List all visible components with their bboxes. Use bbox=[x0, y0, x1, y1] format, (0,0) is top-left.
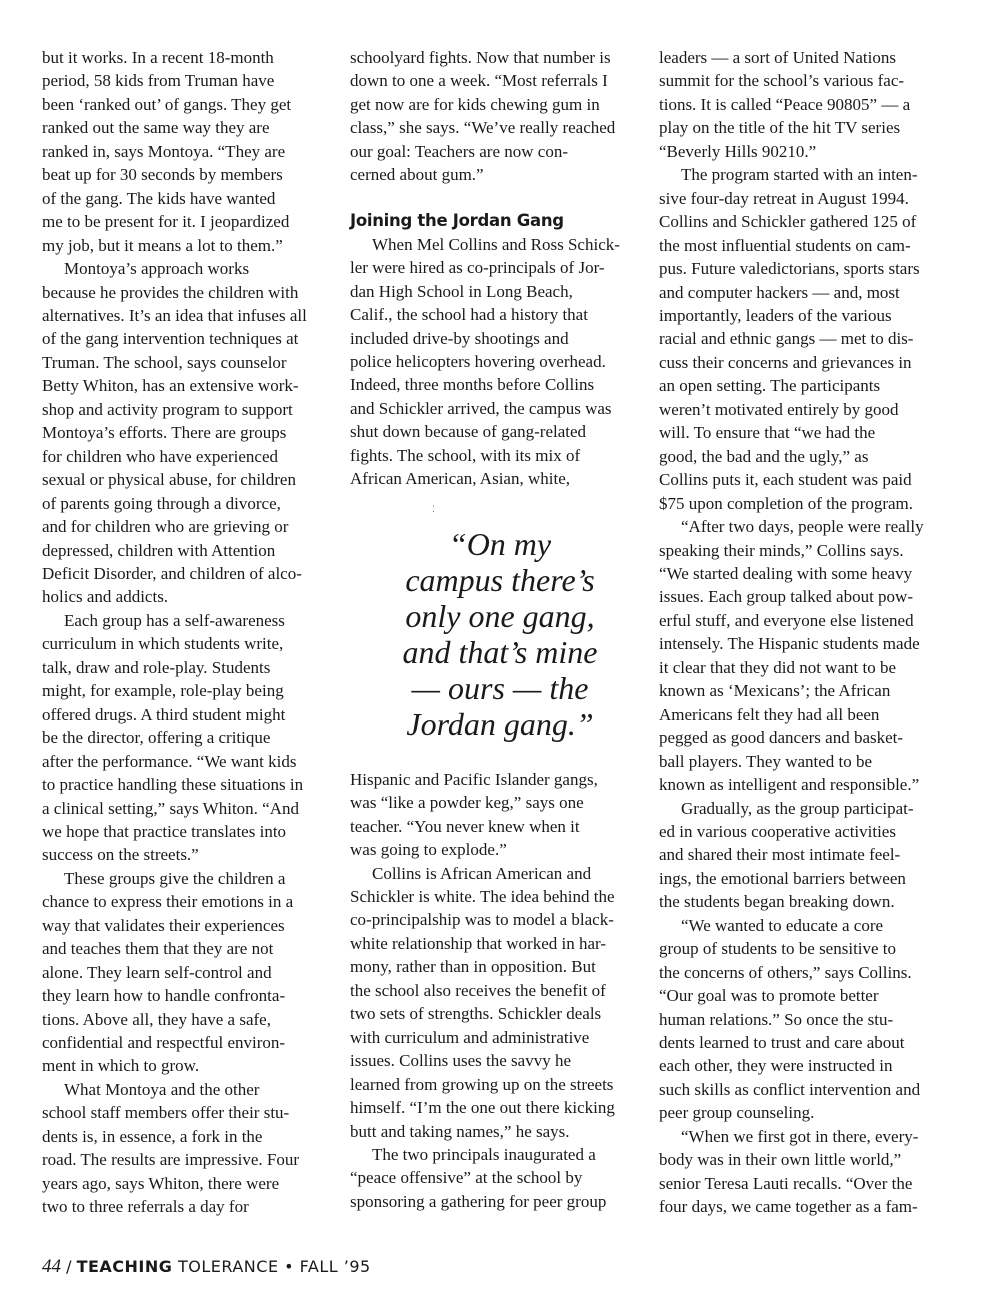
text-line: racial and ethnic gangs — met to dis- bbox=[659, 327, 959, 350]
text-line: known as ‘Mexicans’; the African bbox=[659, 679, 959, 702]
text-line: issues. Collins uses the savvy he bbox=[350, 1049, 650, 1072]
text-line: When Mel Collins and Ross Schick- bbox=[350, 233, 650, 256]
text-line: sexual or physical abuse, for children bbox=[42, 468, 342, 491]
text-line: Schickler is white. The idea behind the bbox=[350, 885, 650, 908]
text-line: Montoya’s efforts. There are groups bbox=[42, 421, 342, 444]
text-line: after the performance. “We want kids bbox=[42, 750, 342, 773]
text-line: teacher. “You never knew when it bbox=[350, 815, 650, 838]
text-line: “We wanted to educate a core bbox=[659, 914, 959, 937]
text-line: it clear that they did not want to be bbox=[659, 656, 959, 679]
text-line: alone. They learn self-control and bbox=[42, 961, 342, 984]
text-line: dents learned to trust and care about bbox=[659, 1031, 959, 1054]
text-line: sive four-day retreat in August 1994. bbox=[659, 187, 959, 210]
text-line: schoolyard fights. Now that number is bbox=[350, 46, 650, 69]
text-line: Truman. The school, says counselor bbox=[42, 351, 342, 374]
text-line: talk, draw and role-play. Students bbox=[42, 656, 342, 679]
text-line: Collins is African American and bbox=[350, 862, 650, 885]
text-line: road. The results are impressive. Four bbox=[42, 1148, 342, 1171]
text-line: “Our goal was to promote better bbox=[659, 984, 959, 1007]
text-line: ranked out the same way they are bbox=[42, 116, 342, 139]
text-line: pegged as good dancers and basket- bbox=[659, 726, 959, 749]
article-column-1: but it works. In a recent 18-monthperiod… bbox=[42, 46, 342, 1219]
text-line: ings, the emotional barriers between bbox=[659, 867, 959, 890]
text-line: cuss their concerns and grievances in bbox=[659, 351, 959, 374]
text-line: confidential and respectful environ- bbox=[42, 1031, 342, 1054]
text-line: fights. The school, with its mix of bbox=[350, 444, 650, 467]
text-line: “When we first got in there, every- bbox=[659, 1125, 959, 1148]
page-footer: 44 / TEACHING TOLERANCE • FALL ’95 bbox=[42, 1256, 371, 1278]
text-line: Montoya’s approach works bbox=[42, 257, 342, 280]
text-line: speaking their minds,” Collins says. bbox=[659, 539, 959, 562]
text-line: mony, rather than in opposition. But bbox=[350, 955, 650, 978]
text-line: get now are for kids chewing gum in bbox=[350, 93, 650, 116]
text-line: intensely. The Hispanic students made bbox=[659, 632, 959, 655]
text-line: for children who have experienced bbox=[42, 445, 342, 468]
text-line: beat up for 30 seconds by members bbox=[42, 163, 342, 186]
pull-quote-line: and that’s mine bbox=[372, 634, 628, 670]
text-line: and shared their most intimate feel- bbox=[659, 843, 959, 866]
text-line: police helicopters hovering overhead. bbox=[350, 350, 650, 373]
magazine-title-issue: TOLERANCE • FALL ’95 bbox=[172, 1257, 370, 1276]
text-line: Deficit Disorder, and children of alco- bbox=[42, 562, 342, 585]
text-line: been ‘ranked out’ of gangs. They get bbox=[42, 93, 342, 116]
text-line: of the gang. The kids have wanted bbox=[42, 187, 342, 210]
column-2-top-text: schoolyard fights. Now that number isdow… bbox=[350, 46, 650, 187]
text-line: What Montoya and the other bbox=[42, 1078, 342, 1101]
text-line: co-principalship was to model a black- bbox=[350, 908, 650, 931]
text-line: each other, they were instructed in bbox=[659, 1054, 959, 1077]
text-line: shut down because of gang-related bbox=[350, 420, 650, 443]
text-line: ler were hired as co-principals of Jor- bbox=[350, 256, 650, 279]
text-line: sponsoring a gathering for peer group bbox=[350, 1190, 650, 1213]
text-line: alternatives. It’s an idea that infuses … bbox=[42, 304, 342, 327]
column-2-mid-text: When Mel Collins and Ross Schick-ler wer… bbox=[350, 233, 650, 491]
text-line: was going to explode.” bbox=[350, 838, 650, 861]
text-line: an open setting. The participants bbox=[659, 374, 959, 397]
text-line: way that validates their experiences bbox=[42, 914, 342, 937]
text-line: himself. “I’m the one out there kicking bbox=[350, 1096, 650, 1119]
pull-quote-line: only one gang, bbox=[372, 598, 628, 634]
text-line: class,” she says. “We’ve really reached bbox=[350, 116, 650, 139]
text-line: importantly, leaders of the various bbox=[659, 304, 959, 327]
article-column-3: leaders — a sort of United Nationssummit… bbox=[659, 46, 959, 1219]
column-2-bottom-text: Hispanic and Pacific Islander gangs,was … bbox=[350, 768, 650, 1214]
text-line: peer group counseling. bbox=[659, 1101, 959, 1124]
pull-quote-line: “On my bbox=[372, 526, 628, 562]
text-line: white relationship that worked in har- bbox=[350, 932, 650, 955]
text-line: learned from growing up on the streets bbox=[350, 1073, 650, 1096]
text-line: two to three referrals a day for bbox=[42, 1195, 342, 1218]
text-line: cerned about gum.” bbox=[350, 163, 650, 186]
text-line: will. To ensure that “we had the bbox=[659, 421, 959, 444]
text-line: down to one a week. “Most referrals I bbox=[350, 69, 650, 92]
text-line: issues. Each group talked about pow- bbox=[659, 585, 959, 608]
text-line: Americans felt they had all been bbox=[659, 703, 959, 726]
text-line: The program started with an inten- bbox=[659, 163, 959, 186]
text-line: with curriculum and administrative bbox=[350, 1026, 650, 1049]
pull-quote-line: Jordan gang.” bbox=[372, 706, 628, 742]
pull-quote-line: campus there’s bbox=[372, 562, 628, 598]
print-speck: ⁚ bbox=[432, 505, 435, 513]
text-line: Each group has a self-awareness bbox=[42, 609, 342, 632]
text-line: to practice handling these situations in bbox=[42, 773, 342, 796]
text-line: “After two days, people were really bbox=[659, 515, 959, 538]
text-line: These groups give the children a bbox=[42, 867, 342, 890]
text-line: the students began breaking down. bbox=[659, 890, 959, 913]
text-line: human relations.” So once the stu- bbox=[659, 1008, 959, 1031]
text-line: years ago, says Whiton, there were bbox=[42, 1172, 342, 1195]
text-line: chance to express their emotions in a bbox=[42, 890, 342, 913]
text-line: Gradually, as the group participat- bbox=[659, 797, 959, 820]
text-line: Collins puts it, each student was paid bbox=[659, 468, 959, 491]
text-line: “We started dealing with some heavy bbox=[659, 562, 959, 585]
text-line: four days, we came together as a fam- bbox=[659, 1195, 959, 1218]
text-line: African American, Asian, white, bbox=[350, 467, 650, 490]
section-heading: Joining the Jordan Gang bbox=[350, 209, 650, 233]
text-line: weren’t motivated entirely by good bbox=[659, 398, 959, 421]
text-line: ball players. They wanted to be bbox=[659, 750, 959, 773]
text-line: we hope that practice translates into bbox=[42, 820, 342, 843]
text-line: school staff members offer their stu- bbox=[42, 1101, 342, 1124]
text-line: good, the bad and the ugly,” as bbox=[659, 445, 959, 468]
text-line: and teaches them that they are not bbox=[42, 937, 342, 960]
text-line: Collins and Schickler gathered 125 of bbox=[659, 210, 959, 233]
text-line: Betty Whiton, has an extensive work- bbox=[42, 374, 342, 397]
text-line: of parents going through a divorce, bbox=[42, 492, 342, 515]
text-line: depressed, children with Attention bbox=[42, 539, 342, 562]
text-line: but it works. In a recent 18-month bbox=[42, 46, 342, 69]
text-line: tions. It is called “Peace 90805” — a bbox=[659, 93, 959, 116]
text-line: tions. Above all, they have a safe, bbox=[42, 1008, 342, 1031]
text-line: holics and addicts. bbox=[42, 585, 342, 608]
text-line: of the gang intervention techniques at bbox=[42, 327, 342, 350]
text-line: dents is, in essence, a fork in the bbox=[42, 1125, 342, 1148]
footer-separator: / bbox=[61, 1257, 77, 1276]
text-line: and for children who are grieving or bbox=[42, 515, 342, 538]
page-number: 44 bbox=[42, 1256, 61, 1277]
text-line: shop and activity program to support bbox=[42, 398, 342, 421]
text-line: they learn how to handle confronta- bbox=[42, 984, 342, 1007]
text-line: was “like a powder keg,” says one bbox=[350, 791, 650, 814]
magazine-title-bold: TEACHING bbox=[77, 1257, 173, 1276]
text-line: me to be present for it. I jeopardized bbox=[42, 210, 342, 233]
text-line: The two principals inaugurated a bbox=[350, 1143, 650, 1166]
pull-quote: “On mycampus there’sonly one gang,and th… bbox=[372, 526, 628, 742]
text-line: butt and taking names,” he says. bbox=[350, 1120, 650, 1143]
text-line: the most influential students on cam- bbox=[659, 234, 959, 257]
text-line: Indeed, three months before Collins bbox=[350, 373, 650, 396]
text-line: period, 58 kids from Truman have bbox=[42, 69, 342, 92]
text-line: two sets of strengths. Schickler deals bbox=[350, 1002, 650, 1025]
text-line: group of students to be sensitive to bbox=[659, 937, 959, 960]
text-line: ed in various cooperative activities bbox=[659, 820, 959, 843]
text-line: offered drugs. A third student might bbox=[42, 703, 342, 726]
text-line: my job, but it means a lot to them.” bbox=[42, 234, 342, 257]
text-line: “peace offensive” at the school by bbox=[350, 1166, 650, 1189]
text-line: because he provides the children with bbox=[42, 281, 342, 304]
text-line: our goal: Teachers are now con- bbox=[350, 140, 650, 163]
text-line: such skills as conflict intervention and bbox=[659, 1078, 959, 1101]
text-line: Hispanic and Pacific Islander gangs, bbox=[350, 768, 650, 791]
text-line: “Beverly Hills 90210.” bbox=[659, 140, 959, 163]
pull-quote-line: — ours — the bbox=[372, 670, 628, 706]
text-line: ranked in, says Montoya. “They are bbox=[42, 140, 342, 163]
text-line: and Schickler arrived, the campus was bbox=[350, 397, 650, 420]
text-line: Calif., the school had a history that bbox=[350, 303, 650, 326]
magazine-page: but it works. In a recent 18-monthperiod… bbox=[0, 0, 1000, 1297]
text-line: the concerns of others,” says Collins. bbox=[659, 961, 959, 984]
text-line: a clinical setting,” says Whiton. “And bbox=[42, 797, 342, 820]
text-line: $75 upon completion of the program. bbox=[659, 492, 959, 515]
text-line: summit for the school’s various fac- bbox=[659, 69, 959, 92]
text-line: erful stuff, and everyone else listened bbox=[659, 609, 959, 632]
text-line: pus. Future valedictorians, sports stars bbox=[659, 257, 959, 280]
text-line: ment in which to grow. bbox=[42, 1054, 342, 1077]
text-line: and computer hackers — and, most bbox=[659, 281, 959, 304]
text-line: known as intelligent and responsible.” bbox=[659, 773, 959, 796]
text-line: the school also receives the benefit of bbox=[350, 979, 650, 1002]
text-line: included drive-by shootings and bbox=[350, 327, 650, 350]
text-line: curriculum in which students write, bbox=[42, 632, 342, 655]
text-line: body was in their own little world,” bbox=[659, 1148, 959, 1171]
text-line: be the director, offering a critique bbox=[42, 726, 342, 749]
text-line: might, for example, role-play being bbox=[42, 679, 342, 702]
text-line: success on the streets.” bbox=[42, 843, 342, 866]
text-line: senior Teresa Lauti recalls. “Over the bbox=[659, 1172, 959, 1195]
text-line: play on the title of the hit TV series bbox=[659, 116, 959, 139]
text-line: dan High School in Long Beach, bbox=[350, 280, 650, 303]
text-line: leaders — a sort of United Nations bbox=[659, 46, 959, 69]
